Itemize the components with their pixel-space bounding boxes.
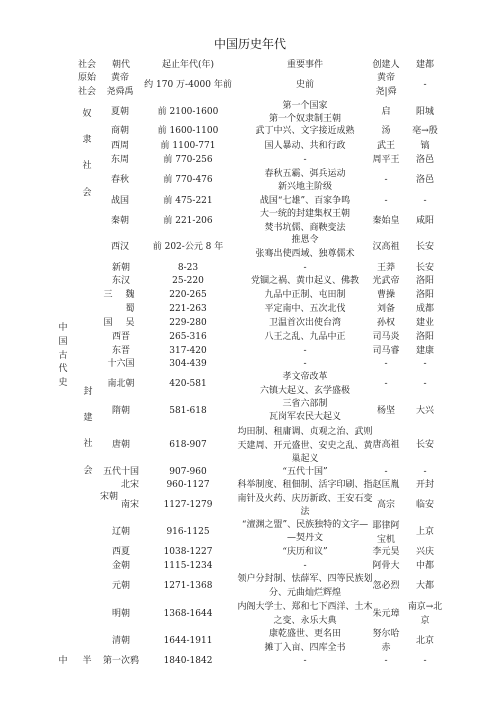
events-cell: “澶渊之盟”、民族独特的文字— —契丹文 xyxy=(242,519,368,546)
events-cell: 卫温首次出使台湾 xyxy=(269,317,341,331)
founder-cell: 孙权 xyxy=(377,317,395,331)
dynasty-cell: 春秋 xyxy=(111,174,129,188)
founder-cell: 努尔哈 赤 xyxy=(372,628,399,655)
capital-cell: - xyxy=(423,195,426,209)
header-events: 重要事件 xyxy=(287,59,323,73)
dynasty-cell: 新朝 xyxy=(112,262,130,276)
society-cell: 原始 社会 xyxy=(78,72,96,99)
founder-cell: 司马炎 xyxy=(372,331,399,345)
dynasty-cell: 西夏 xyxy=(112,546,130,560)
events-cell: - xyxy=(303,262,306,276)
capital-cell: 大都 xyxy=(416,580,434,594)
period-cell: 304-439 xyxy=(169,358,206,372)
capital-cell: 洛阳 xyxy=(416,275,434,289)
founder-cell: 曹操 xyxy=(377,289,395,303)
period-cell: 约 170 万-4000 年前 xyxy=(144,79,232,93)
dynasty-cell: 元朝 xyxy=(112,580,130,594)
dynasty-cell: 黄帝 尧舜禹 xyxy=(106,72,133,99)
dynasty-cell: 秦朝 xyxy=(111,215,129,229)
founder-cell: 忽必烈 xyxy=(372,580,399,594)
period-cell: 960-1127 xyxy=(166,479,209,493)
events-cell: 平定南中、五次北伐 xyxy=(264,303,345,317)
period-cell: 1271-1368 xyxy=(164,580,213,594)
founder-cell: 刘备 xyxy=(377,303,395,317)
founder-cell: - xyxy=(384,358,387,372)
dynasty-cell: 清朝 xyxy=(112,635,130,649)
dynasty-cell: 十六国 xyxy=(107,358,134,372)
founder-cell: - xyxy=(384,378,387,392)
period-cell: 229-280 xyxy=(169,317,206,331)
capital-cell: 洛邑 xyxy=(416,154,434,168)
capital-cell: 咸阳 xyxy=(416,215,434,229)
period-cell: 317-420 xyxy=(169,345,206,359)
period-cell: 前 1100-771 xyxy=(161,140,216,154)
dynasty-cell: 西周 xyxy=(111,140,129,154)
founder-cell: 武王 xyxy=(377,140,395,154)
founder-cell: 朱元璋 xyxy=(372,608,399,622)
founder-cell: - xyxy=(384,466,387,480)
founder-cell: 高宗 xyxy=(377,499,395,513)
dynasty-cell: 西晋 xyxy=(112,331,130,345)
dynasty-cell: 南北朝 xyxy=(107,378,134,392)
capital-cell: 亳→殷 xyxy=(412,125,438,139)
founder-cell: 赵匡胤 xyxy=(372,479,399,493)
founder-cell: 唐高祖 xyxy=(372,439,399,453)
dynasty-cell: 战国 xyxy=(111,195,129,209)
capital-cell: 洛邑 xyxy=(416,174,434,188)
founder-cell: 耶律阿 宝机 xyxy=(372,520,399,547)
capital-cell: - xyxy=(423,466,426,480)
events-cell: 武丁中兴、文字接近成熟 xyxy=(255,125,354,139)
events-cell: - xyxy=(303,154,306,168)
founder-cell: 王莽 xyxy=(377,262,395,276)
capital-cell: 上京 xyxy=(416,526,434,540)
period-cell: 前 770-256 xyxy=(163,154,212,168)
dynasty-cell: 五代十国 xyxy=(103,466,139,480)
era-label-slave-society: 奴隶社会 xyxy=(83,101,92,206)
period-cell: 1368-1644 xyxy=(164,608,213,622)
events-cell: 九品中正制、屯田制 xyxy=(264,289,345,303)
founder-cell: 杨坚 xyxy=(377,405,395,419)
period-cell: 前 2100-1600 xyxy=(158,106,219,120)
header-period: 起止年代(年) xyxy=(162,59,214,73)
period-cell: 220-265 xyxy=(169,289,206,303)
events-cell: 第一个国家 第一个奴隶制王朝 xyxy=(269,100,341,127)
dynasty-cell: 东汉 xyxy=(112,275,130,289)
period-cell: 1115-1234 xyxy=(164,560,213,574)
dynasty-cell: 明朝 xyxy=(112,608,130,622)
period-cell: 1038-1227 xyxy=(164,546,213,560)
founder-cell: 启 xyxy=(381,106,390,120)
capital-cell: 长安 xyxy=(416,439,434,453)
period-cell: 265-316 xyxy=(169,331,206,345)
events-cell: 大一统的封建集权王朝 焚书坑儒、商鞅变法 xyxy=(260,208,350,235)
period-cell: 907-960 xyxy=(169,466,206,480)
era-label-feudal-society: 封建社会 xyxy=(84,379,93,484)
founder-cell: 黄帝 尧|舜 xyxy=(375,72,396,99)
dynasty-cell: 吴 xyxy=(125,317,134,331)
events-cell: 战国“七雄”、百家争鸣 xyxy=(260,195,350,209)
era-label-partial-left: 中 xyxy=(58,655,67,669)
events-cell: 八王之乱、九品中正 xyxy=(264,331,345,345)
page-title: 中国历史年代 xyxy=(214,37,286,51)
capital-cell: 大兴 xyxy=(416,405,434,419)
three-kingdoms-label-bottom: 国 xyxy=(103,317,112,331)
period-cell: 前 221-206 xyxy=(163,215,212,229)
dynasty-cell: 东周 xyxy=(111,154,129,168)
period-cell: 前 1600-1100 xyxy=(158,125,219,139)
events-cell: - xyxy=(303,560,306,574)
founder-cell: - xyxy=(384,195,387,209)
dynasty-cell: 唐朝 xyxy=(112,439,130,453)
events-cell: “五代十国” xyxy=(282,466,327,480)
dynasty-cell: 隋朝 xyxy=(112,405,130,419)
period-cell: 前 202-公元 8 年 xyxy=(153,241,224,255)
three-kingdoms-label-top: 三 xyxy=(103,289,112,303)
founder-cell: - xyxy=(384,655,387,669)
founder-cell: 司马睿 xyxy=(372,345,399,359)
capital-cell: 兴庆 xyxy=(416,546,434,560)
capital-cell: 南京→北 京 xyxy=(408,601,443,628)
founder-cell: 秦始皇 xyxy=(372,215,399,229)
capital-cell: 阳城 xyxy=(416,106,434,120)
capital-cell: 北京 xyxy=(416,635,434,649)
founder-cell: 光武帝 xyxy=(372,275,399,289)
founder-cell: - xyxy=(384,174,387,188)
header-society: 社会 xyxy=(78,59,96,73)
events-cell: 春秋五霸、弭兵运动 新兴地主阶级 xyxy=(264,168,345,195)
events-cell: 推恩令 张骞出使西域、独尊儒术 xyxy=(255,234,354,261)
founder-cell: 汤 xyxy=(381,125,390,139)
header-capital: 建都 xyxy=(416,59,434,73)
dynasty-cell: 北宋 xyxy=(121,479,139,493)
events-cell: 党锢之祸、黄巾起义、佛教 xyxy=(251,275,359,289)
events-cell: “庆历和议” xyxy=(282,546,327,560)
capital-cell: - xyxy=(423,378,426,392)
dynasty-cell: 商朝 xyxy=(111,125,129,139)
period-cell: 581-618 xyxy=(169,405,206,419)
era-label-partial-right: 半 xyxy=(82,655,91,669)
events-cell: 领户分封制、怯薛军、四等民族划 分、元曲灿烂辉煌 xyxy=(237,573,372,600)
capital-cell: 临安 xyxy=(416,499,434,513)
founder-cell: 李元昊 xyxy=(372,546,399,560)
capital-cell: 开封 xyxy=(416,479,434,493)
period-cell: 8-23 xyxy=(178,262,198,276)
capital-cell: 长安 xyxy=(416,241,434,255)
capital-cell: 洛阳 xyxy=(416,331,434,345)
events-cell: 均田制、租庸调、贞观之治、武则 天建周、开元盛世、安史之乱、黄 巢起义 xyxy=(237,426,372,467)
song-dynasty-label: 宋朝 xyxy=(100,491,118,505)
period-cell: 221-263 xyxy=(169,303,206,317)
dynasty-cell: 南宋 xyxy=(121,499,139,513)
founder-cell: 周平王 xyxy=(372,154,399,168)
events-cell: - xyxy=(303,345,306,359)
header-founder: 创建人 xyxy=(372,59,399,73)
dynasty-cell: 魏 xyxy=(125,289,134,303)
capital-cell: 中都 xyxy=(416,560,434,574)
capital-cell: 长安 xyxy=(416,262,434,276)
capital-cell: 成都 xyxy=(416,303,434,317)
events-cell: 康乾盛世、更名田 摊丁入亩、四库全书 xyxy=(264,628,345,655)
events-cell: 国人暴动、共和行政 xyxy=(264,140,345,154)
dynasty-cell: 夏朝 xyxy=(111,106,129,120)
capital-cell: - xyxy=(423,358,426,372)
events-cell: 内阁大学士、郑和七下西洋、土木 之变、永乐大典 xyxy=(237,601,372,628)
history-timeline-page: 中国历史年代 社会 朝代 起止年代(年) 重要事件 创建人 建都 奴隶社会 封建… xyxy=(0,0,500,708)
dynasty-cell: 辽朝 xyxy=(112,526,130,540)
capital-cell: 镐 xyxy=(420,140,429,154)
period-cell: 916-1125 xyxy=(166,526,209,540)
events-cell: 孝文帝改革 六镇大起义、玄学盛极 xyxy=(260,371,350,398)
capital-cell: - xyxy=(423,655,426,669)
founder-cell: 阿骨大 xyxy=(372,560,399,574)
dynasty-cell: 蜀 xyxy=(125,303,134,317)
dynasty-cell: 东晋 xyxy=(112,345,130,359)
period-cell: 前 770-476 xyxy=(163,174,212,188)
song-events-cell: 科举制度、租佃制、活字印刷、指 南针及火药、庆历新政、王安石变 法 xyxy=(237,479,372,520)
capital-cell: 建业 xyxy=(416,317,434,331)
period-cell: 420-581 xyxy=(169,378,206,392)
era-label-ancient-history: 中国古代史 xyxy=(59,322,68,391)
events-cell: 史前 xyxy=(296,79,314,93)
period-cell: 25-220 xyxy=(172,275,204,289)
dynasty-cell: 西汉 xyxy=(111,241,129,255)
capital-cell: - xyxy=(423,79,426,93)
founder-cell: 汉高祖 xyxy=(372,241,399,255)
events-cell: - xyxy=(303,358,306,372)
dynasty-cell: 第一次鸦 xyxy=(103,655,139,669)
period-cell: 前 475-221 xyxy=(163,195,212,209)
header-dynasty: 朝代 xyxy=(112,59,130,73)
period-cell: 1127-1279 xyxy=(164,499,213,513)
period-cell: 618-907 xyxy=(169,439,206,453)
capital-cell: 建康 xyxy=(416,345,434,359)
dynasty-cell: 金朝 xyxy=(112,560,130,574)
events-cell: 三省六部制 瓦岗军农民大起义 xyxy=(269,398,341,425)
period-cell: 1840-1842 xyxy=(164,655,213,669)
events-cell: - xyxy=(303,655,306,669)
period-cell: 1644-1911 xyxy=(164,635,213,649)
capital-cell: 洛阳 xyxy=(416,289,434,303)
